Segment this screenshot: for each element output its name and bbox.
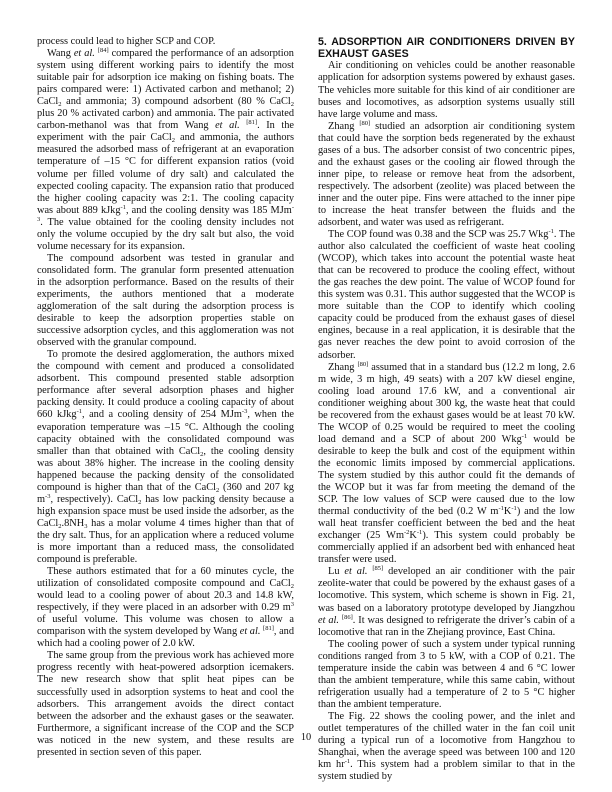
text-run: . The value obtained for the cooling den…: [37, 217, 294, 252]
text-run: Air conditioning on vehicles could be an…: [318, 60, 575, 119]
text-run: K: [409, 530, 416, 541]
superscript: 3: [291, 601, 294, 608]
text-run: . It was designed to refrigerate the dri…: [318, 615, 575, 638]
body-paragraph: These authors estimated that for a 60 mi…: [37, 566, 294, 650]
text-run: These authors estimated that for a 60 mi…: [37, 566, 294, 589]
body-paragraph: The COP found was 0.38 and the SCP was 2…: [318, 229, 575, 362]
text-run: and ammonia; 3) compound adsorbent (80 %…: [62, 96, 291, 107]
body-paragraph: process could lead to higher SCP and COP…: [37, 36, 294, 48]
body-paragraph: Lu et al. [85] developed an air conditio…: [318, 566, 575, 638]
text-run: process could lead to higher SCP and COP…: [37, 36, 215, 47]
superscript: [80]: [357, 361, 368, 368]
text-run: Zhang: [328, 362, 357, 373]
body-paragraph: The cooling power of such a system under…: [318, 639, 575, 711]
text-run: The cooling power of such a system under…: [318, 639, 575, 710]
superscript: [86]: [342, 614, 353, 621]
text-run: , and a cooling density of 254 MJm: [82, 409, 242, 420]
body-paragraph: Zhang [80] assumed that in a standard bu…: [318, 362, 575, 567]
text-run: , respectively). CaCl: [50, 494, 138, 505]
text-run: Wang: [47, 48, 74, 59]
text-run: .8NH: [62, 518, 85, 529]
italic-text: et al.: [240, 626, 261, 637]
superscript: [81]: [246, 119, 257, 126]
body-paragraph: Air conditioning on vehicles could be an…: [318, 60, 575, 120]
page-number: 10: [0, 732, 612, 743]
italic-text: et al.: [74, 48, 95, 59]
subscript: 2: [291, 583, 294, 590]
right-column: 5. ADSORPTION AIR CONDITIONERS DRIVEN BY…: [318, 36, 575, 783]
italic-text: et al.: [215, 120, 240, 131]
superscript: [85]: [372, 565, 383, 572]
body-paragraph: Wang et al. [84] compared the performanc…: [37, 48, 294, 253]
italic-text: et al.: [344, 566, 367, 577]
text-run: Zhang: [328, 121, 359, 132]
body-paragraph: The Fig. 22 shows the cooling power, and…: [318, 711, 575, 783]
text-run: The compound adsorbent was tested in gra…: [37, 253, 294, 348]
left-column: process could lead to higher SCP and COP…: [37, 36, 294, 759]
text-run: and ammonia, the authors measured the ad…: [37, 132, 294, 215]
body-paragraph: To promote the desired agglomeration, th…: [37, 349, 294, 566]
superscript: [81]: [263, 625, 274, 632]
text-run: Lu: [328, 566, 344, 577]
text-run: assumed that in a standard bus (12.2 m l…: [318, 362, 575, 445]
superscript: [80]: [359, 120, 370, 127]
text-run: . The author also calculated the coeffic…: [318, 229, 575, 360]
document-page: process could lead to higher SCP and COP…: [0, 0, 612, 792]
text-run: The COP found was 0.38 and the SCP was 2…: [328, 229, 548, 240]
body-paragraph: Zhang [80] studied an adsorption air con…: [318, 121, 575, 229]
text-run: , and the cooling density was 185 MJm: [126, 205, 292, 216]
subscript: 2: [291, 101, 294, 108]
text-run: would be desirable to keep the bulk and …: [318, 434, 575, 517]
body-paragraph: The compound adsorbent was tested in gra…: [37, 253, 294, 349]
italic-text: et al.: [318, 615, 339, 626]
superscript: [84]: [98, 47, 109, 54]
section-heading: 5. ADSORPTION AIR CONDITIONERS DRIVEN BY…: [318, 36, 575, 60]
text-run: studied an adsorption air conditioning s…: [318, 121, 575, 228]
text-run: would lead to a cooling power of about 2…: [37, 590, 294, 613]
text-run: . This system had a problem similar to t…: [318, 759, 575, 782]
